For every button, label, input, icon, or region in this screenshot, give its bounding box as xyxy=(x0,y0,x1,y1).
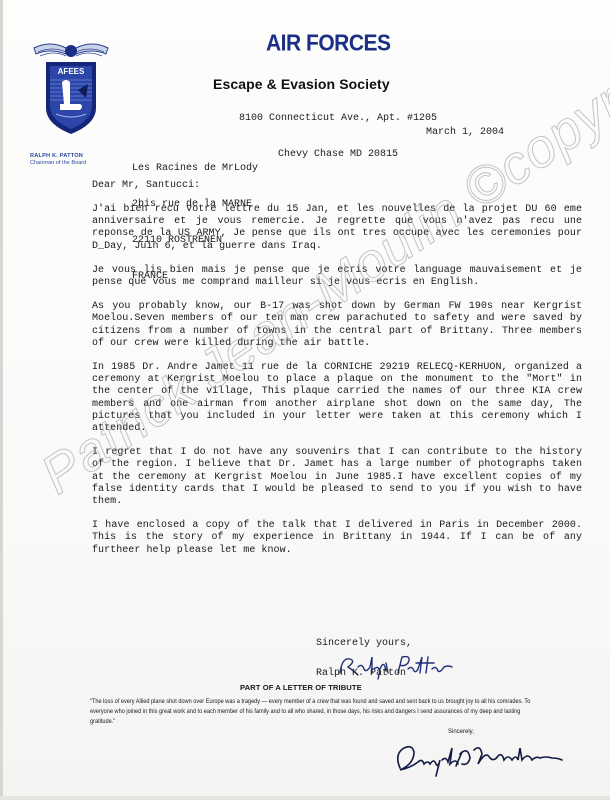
svg-text:AFEES: AFEES xyxy=(58,67,85,76)
paragraph: In 1985 Dr. Andre Jamet 11 rue de la COR… xyxy=(92,362,582,435)
tribute-quote: "The loss of every Allied plane shot dow… xyxy=(90,697,530,727)
afees-emblem-icon: AFEES xyxy=(30,38,112,138)
paragraph: As you probably know, our B-17 was shot … xyxy=(92,301,582,350)
signer-name: Ralph K. Patton xyxy=(316,668,406,680)
recipient-line: Les Racines de MrLody xyxy=(132,163,258,175)
letter-date: March 1, 2004 xyxy=(426,127,504,139)
paragraph: I have enclosed a copy of the talk that … xyxy=(92,520,582,557)
closing: Sincerely yours, xyxy=(316,638,412,650)
address-line: 8100 Connecticut Ave., Apt. #1205 xyxy=(213,113,463,125)
paragraph: J'ai bien recu votre lettre du 15 Jan, e… xyxy=(92,204,582,253)
page-edge xyxy=(0,0,3,800)
letter-page: AFEES RALPH K. PATTON Chairman of the Bo… xyxy=(0,0,610,800)
signature-eisenhower xyxy=(390,738,580,778)
tribute-closing: Sincerely, xyxy=(448,729,474,735)
chairman-title: Chairman of the Board xyxy=(30,160,86,167)
tribute-heading: PART OF A LETTER OF TRIBUTE xyxy=(240,683,362,692)
page-edge xyxy=(0,796,610,800)
letter-body: J'ai bien recu votre lettre du 15 Jan, e… xyxy=(92,204,582,569)
salutation: Dear Mr, Santucci: xyxy=(92,180,200,192)
chairman-name: RALPH K. PATTON xyxy=(30,153,86,160)
paragraph: I regret that I do not have any souvenir… xyxy=(92,447,582,508)
paragraph: Je vous lis bien mais je pense que je ec… xyxy=(92,265,582,289)
letterhead-title: AIR FORCES xyxy=(266,31,391,57)
chairman-block: RALPH K. PATTON Chairman of the Board xyxy=(30,153,86,167)
